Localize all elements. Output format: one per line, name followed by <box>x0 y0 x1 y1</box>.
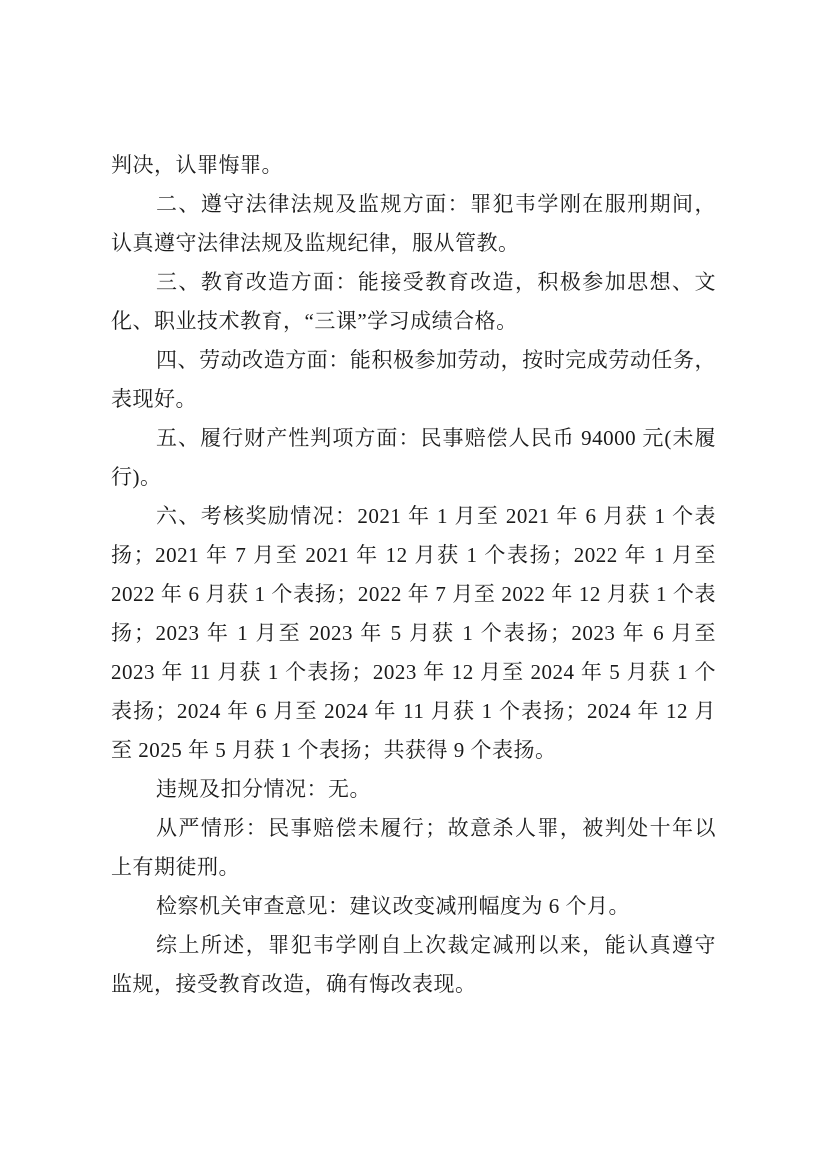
document-line: 表现好。 <box>111 380 716 419</box>
document-line: 判决，认罪悔罪。 <box>111 146 716 185</box>
document-line: 2022 年 6 月获 1 个表扬；2022 年 7 月至 2022 年 12 … <box>111 575 716 614</box>
document-line: 扬；2021 年 7 月至 2021 年 12 月获 1 个表扬；2022 年 … <box>111 536 716 575</box>
document-line: 从严情形：民事赔偿未履行；故意杀人罪，被判处十年以 <box>111 809 716 848</box>
document-line: 综上所述，罪犯韦学刚自上次裁定减刑以来，能认真遵守 <box>111 926 716 965</box>
document-line: 六、考核奖励情况：2021 年 1 月至 2021 年 6 月获 1 个表 <box>111 497 716 536</box>
document-line: 检察机关审查意见：建议改变减刑幅度为 6 个月。 <box>111 887 716 926</box>
document-page: 判决，认罪悔罪。二、遵守法律法规及监规方面：罪犯韦学刚在服刑期间，认真遵守法律法… <box>0 0 827 1169</box>
document-body: 判决，认罪悔罪。二、遵守法律法规及监规方面：罪犯韦学刚在服刑期间，认真遵守法律法… <box>111 146 716 1004</box>
document-line: 行)。 <box>111 458 716 497</box>
document-line: 二、遵守法律法规及监规方面：罪犯韦学刚在服刑期间， <box>111 185 716 224</box>
document-line: 违规及扣分情况：无。 <box>111 770 716 809</box>
document-line: 表扬；2024 年 6 月至 2024 年 11 月获 1 个表扬；2024 年… <box>111 692 716 731</box>
document-line: 至 2025 年 5 月获 1 个表扬；共获得 9 个表扬。 <box>111 731 716 770</box>
document-line: 2023 年 11 月获 1 个表扬；2023 年 12 月至 2024 年 5… <box>111 653 716 692</box>
document-line: 四、劳动改造方面：能积极参加劳动，按时完成劳动任务， <box>111 341 716 380</box>
document-line: 三、教育改造方面：能接受教育改造，积极参加思想、文 <box>111 263 716 302</box>
document-line: 五、履行财产性判项方面：民事赔偿人民币 94000 元(未履 <box>111 419 716 458</box>
document-line: 监规，接受教育改造，确有悔改表现。 <box>111 965 716 1004</box>
document-line: 化、职业技术教育，“三课”学习成绩合格。 <box>111 302 716 341</box>
document-line: 上有期徒刑。 <box>111 848 716 887</box>
document-line: 扬；2023 年 1 月至 2023 年 5 月获 1 个表扬；2023 年 6… <box>111 614 716 653</box>
document-line: 认真遵守法律法规及监规纪律，服从管教。 <box>111 224 716 263</box>
